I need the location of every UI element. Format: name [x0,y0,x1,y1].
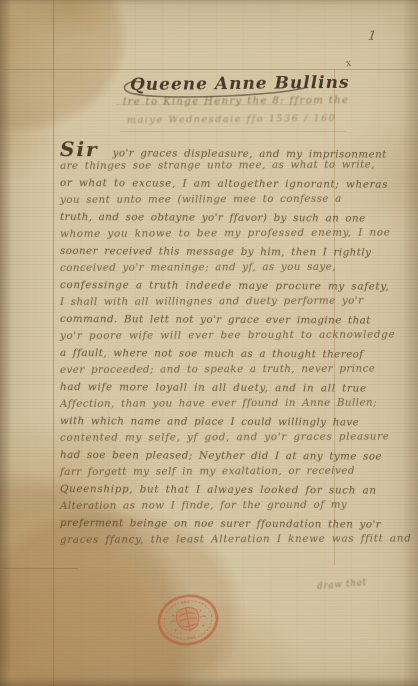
ruled-line-vertical-left-margin [53,0,54,686]
manuscript-line: yo'r poore wife will ever bee brought to… [60,327,352,345]
manuscript-line: I shall with all willingnes and duety pe… [60,293,352,311]
heading-guide-line-2 [120,131,346,132]
letter-body: Siryo'r graces displeasure, and my impri… [60,141,352,549]
ruled-line-horizontal-top [0,69,418,70]
manuscript-line: conceived yo'r meaninge; and yf, as you … [60,259,352,277]
page-edge-left [0,0,12,686]
manuscript-line: Alteration as now I finde, for the groun… [60,497,352,515]
ruled-line-horizontal-bottom [0,568,78,569]
page-edge-bottom [0,676,418,686]
heading-title: Queene Anne Bullins [130,73,340,95]
manuscript-line: ever proceeded; and to speake a truth, n… [60,361,352,379]
manuscript-line: contented my selfe, yf god, and yo'r gra… [60,429,352,447]
catchword: draw that [317,578,367,592]
heading-subtitle-2: maiye Wednesdaie ffo 1536 / 160 [127,113,336,126]
manuscript-line: are thinges soe strange unto mee, as wha… [60,157,352,175]
folio-number: 1 [367,29,377,45]
manuscript-line: graces ffancy, the least Alteration I kn… [60,531,352,549]
manuscript-line: whome you knowe to bee my professed enem… [60,225,352,243]
manuscript-line: Affection, than you have ever ffound in … [60,395,352,413]
margin-x-mark: x [345,59,352,70]
manuscript-line: farr forgett my self in my exaltation, o… [60,463,352,481]
manuscript-line: you sent unto mee (willinge mee to confe… [60,191,352,209]
page-edge-right [402,0,418,686]
heading-subtitle-1: lre to Kinge Henry the 8: ffrom the [123,95,349,108]
manuscript-page: 1 x Queene Anne Bullins lre to Kinge Hen… [0,0,418,686]
red-ink-library-stamp [152,588,224,652]
page-edge-top [0,0,418,5]
